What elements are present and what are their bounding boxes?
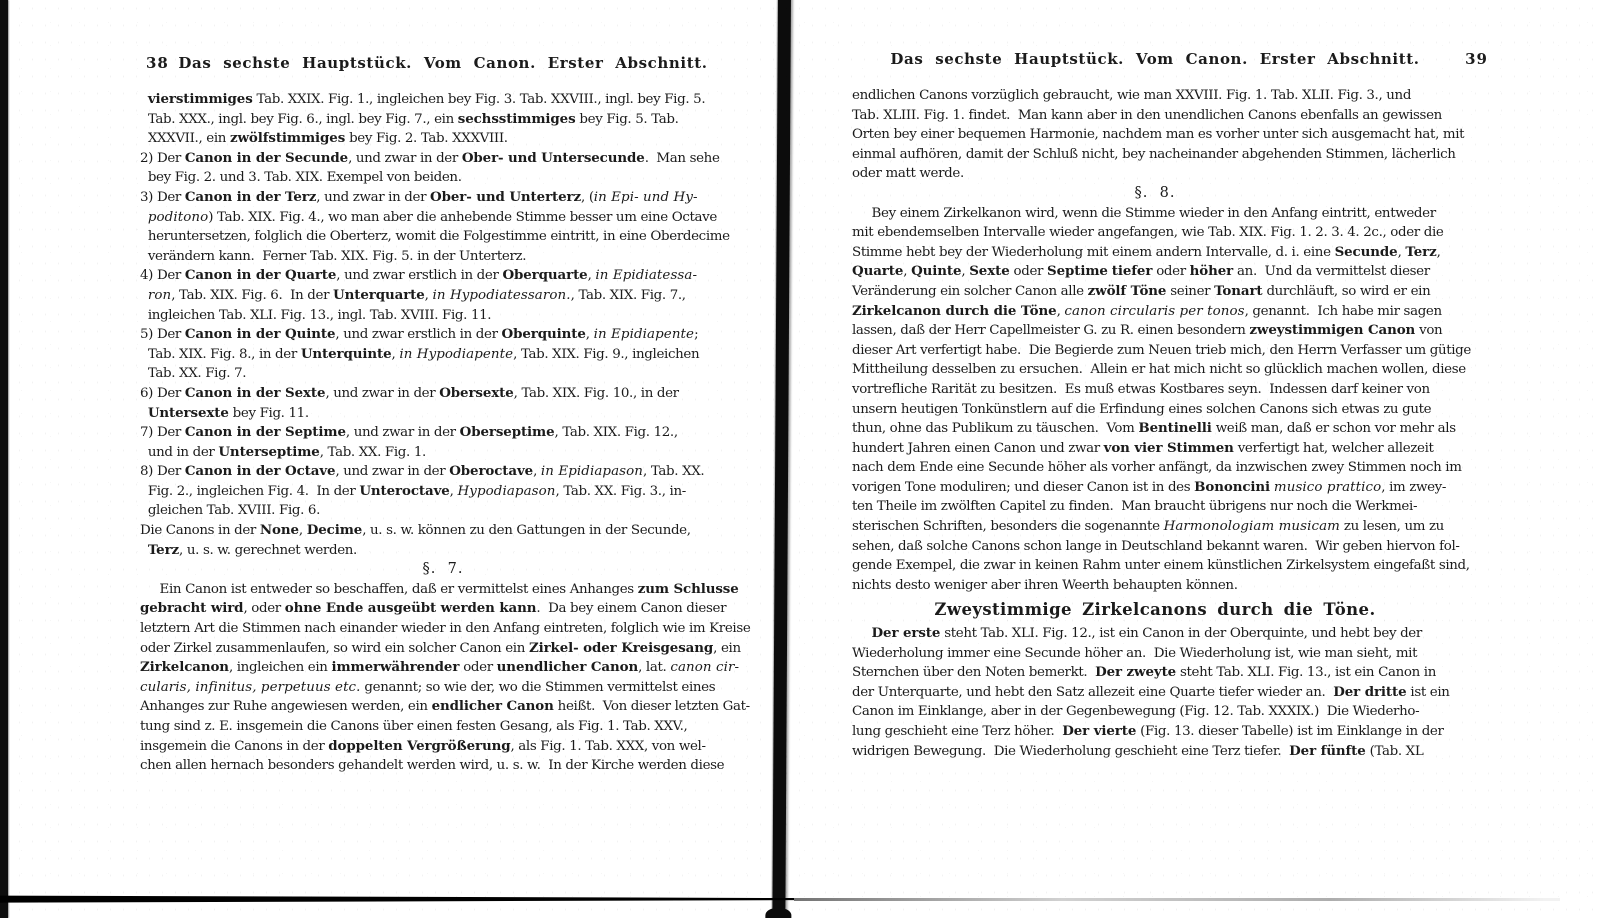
text-line: vortrefliche Rarität zu besitzen. Es muß… [852, 380, 1458, 400]
section-heading: Zweystimmige Zirkelcanons durch die Töne… [852, 600, 1458, 620]
right-page-header: Das sechste Hauptstück. Vom Canon. Erste… [852, 48, 1458, 74]
text-line: Quarte, Quinte, Sexte oder Septime tiefe… [852, 262, 1458, 282]
left-page-header: 38 Das sechste Hauptstück. Vom Canon. Er… [140, 52, 746, 78]
right-page: Das sechste Hauptstück. Vom Canon. Erste… [852, 48, 1458, 761]
text-line: gleichen Tab. XVIII. Fig. 6. [140, 501, 746, 521]
text-line: Tab. XLIII. Fig. 1. findet. Man kann abe… [852, 106, 1458, 126]
text-line: thun, ohne das Publikum zu täuschen. Vom… [852, 419, 1458, 439]
text-line: einmal aufhören, damit der Schluß nicht,… [852, 145, 1458, 165]
text-line: tung sind z. E. insgemein die Canons übe… [140, 717, 746, 737]
page-number-right: 39 [1465, 50, 1488, 68]
text-line: lassen, daß der Herr Capellmeister G. zu… [852, 321, 1458, 341]
text-line: oder matt werde. [852, 164, 1458, 184]
text-line: Tab. XXX., ingl. bey Fig. 6., ingl. bey … [140, 110, 746, 130]
text-line: heruntersetzen, folglich die Oberterz, w… [140, 227, 746, 247]
text-line: cularis, infinitus, perpetuus etc. genan… [140, 678, 746, 698]
text-line: 5) Der Canon in der Quinte, und zwar ers… [140, 325, 746, 345]
text-line: Stimme hebt bey der Wiederholung mit ein… [852, 243, 1458, 263]
left-page-text: vierstimmiges Tab. XXIX. Fig. 1., inglei… [140, 90, 746, 776]
text-line: ingleichen Tab. XLI. Fig. 13., ingl. Tab… [140, 306, 746, 326]
text-line: Zirkelcanon durch die Töne, canon circul… [852, 302, 1458, 322]
text-line: Terz, u. s. w. gerechnet werden. [140, 541, 746, 561]
text-line: letztern Art die Stimmen nach einander w… [140, 619, 746, 639]
section-mark: §. 7. [140, 560, 746, 580]
text-line: ron, Tab. XIX. Fig. 6. In der Unterquart… [140, 286, 746, 306]
text-line: nichts desto weniger aber ihren Weerth b… [852, 576, 1458, 596]
text-line: Fig. 2., ingleichen Fig. 4. In der Unter… [140, 482, 746, 502]
text-line: 3) Der Canon in der Terz, und zwar in de… [140, 188, 746, 208]
text-line: Canon im Einklange, aber in der Gegenbew… [852, 702, 1458, 722]
text-line: unsern heutigen Tonkünstlern auf die Erf… [852, 400, 1458, 420]
text-line: Sternchen über den Noten bemerkt. Der zw… [852, 663, 1458, 683]
text-line: oder Zirkel zusammenlaufen, so wird ein … [140, 639, 746, 659]
text-line: Ein Canon ist entweder so beschaffen, da… [140, 580, 746, 600]
text-line: widrigen Bewegung. Die Wiederholung gesc… [852, 742, 1458, 762]
text-line: 7) Der Canon in der Septime, und zwar in… [140, 423, 746, 443]
text-line: insgemein die Canons in der doppelten Ve… [140, 737, 746, 757]
page-bottom-edge-right [794, 898, 1560, 901]
text-line: Tab. XX. Fig. 7. [140, 364, 746, 384]
text-line: nach dem Ende eine Secunde höher als vor… [852, 458, 1458, 478]
text-line: Bey einem Zirkelkanon wird, wenn die Sti… [852, 204, 1458, 224]
text-line: Veränderung ein solcher Canon alle zwölf… [852, 282, 1458, 302]
text-line: endlichen Canons vorzüglich gebraucht, w… [852, 86, 1458, 106]
text-line: 4) Der Canon in der Quarte, und zwar ers… [140, 266, 746, 286]
text-line: sterischen Schriften, besonders die soge… [852, 517, 1458, 537]
text-line: der Unterquarte, und hebt den Satz allez… [852, 683, 1458, 703]
text-line: Tab. XIX. Fig. 8., in der Unterquinte, i… [140, 345, 746, 365]
text-line: verändern kann. Ferner Tab. XIX. Fig. 5.… [140, 247, 746, 267]
text-line: vierstimmiges Tab. XXIX. Fig. 1., inglei… [140, 90, 746, 110]
text-line: Die Canons in der None, Decime, u. s. w.… [140, 521, 746, 541]
left-page: 38 Das sechste Hauptstück. Vom Canon. Er… [140, 52, 746, 776]
text-line: sehen, daß solche Canons schon lange in … [852, 537, 1458, 557]
film-edge-left [0, 0, 8, 918]
text-line: chen allen hernach besonders gehandelt w… [140, 756, 746, 776]
page-bottom-edge-left [0, 895, 794, 903]
text-line: mit ebendemselben Intervalle wieder ange… [852, 223, 1458, 243]
text-line: 8) Der Canon in der Octave, und zwar in … [140, 462, 746, 482]
text-line: Anhanges zur Ruhe angewiesen werden, ein… [140, 697, 746, 717]
text-line: dieser Art verfertigt habe. Die Begierde… [852, 341, 1458, 361]
text-line: XXXVII., ein zwölfstimmiges bey Fig. 2. … [140, 129, 746, 149]
text-line: Untersexte bey Fig. 11. [140, 404, 746, 424]
running-title-right: Das sechste Hauptstück. Vom Canon. Erste… [852, 50, 1458, 68]
text-line: ten Theile im zwölften Capitel zu finden… [852, 497, 1458, 517]
text-line: lung geschieht eine Terz höher. Der vier… [852, 722, 1458, 742]
text-line: Orten bey einer bequemen Harmonie, nachd… [852, 125, 1458, 145]
text-line: 2) Der Canon in der Secunde, und zwar in… [140, 149, 746, 169]
text-line: hundert Jahren einen Canon und zwar von … [852, 439, 1458, 459]
text-line: Der erste steht Tab. XLI. Fig. 12., ist … [852, 624, 1458, 644]
right-page-text: endlichen Canons vorzüglich gebraucht, w… [852, 86, 1458, 761]
text-line: Mittheilung desselben zu ersuchen. Allei… [852, 360, 1458, 380]
text-line: und in der Unterseptime, Tab. XX. Fig. 1… [140, 443, 746, 463]
running-title-left: Das sechste Hauptstück. Vom Canon. Erste… [140, 54, 746, 72]
text-line: poditono) Tab. XIX. Fig. 4., wo man aber… [140, 208, 746, 228]
text-line: Zirkelcanon, ingleichen ein immerwährend… [140, 658, 746, 678]
text-line: gende Exempel, die zwar in keinen Rahm u… [852, 556, 1458, 576]
text-line: Wiederholung immer eine Secunde höher an… [852, 644, 1458, 664]
text-line: vorigen Tone moduliren; und dieser Canon… [852, 478, 1458, 498]
book-gutter-shadow [772, 0, 791, 918]
text-line: 6) Der Canon in der Sexte, und zwar in d… [140, 384, 746, 404]
text-line: gebracht wird, oder ohne Ende ausgeübt w… [140, 599, 746, 619]
section-mark: §. 8. [852, 184, 1458, 204]
text-line: bey Fig. 2. und 3. Tab. XIX. Exempel von… [140, 168, 746, 188]
